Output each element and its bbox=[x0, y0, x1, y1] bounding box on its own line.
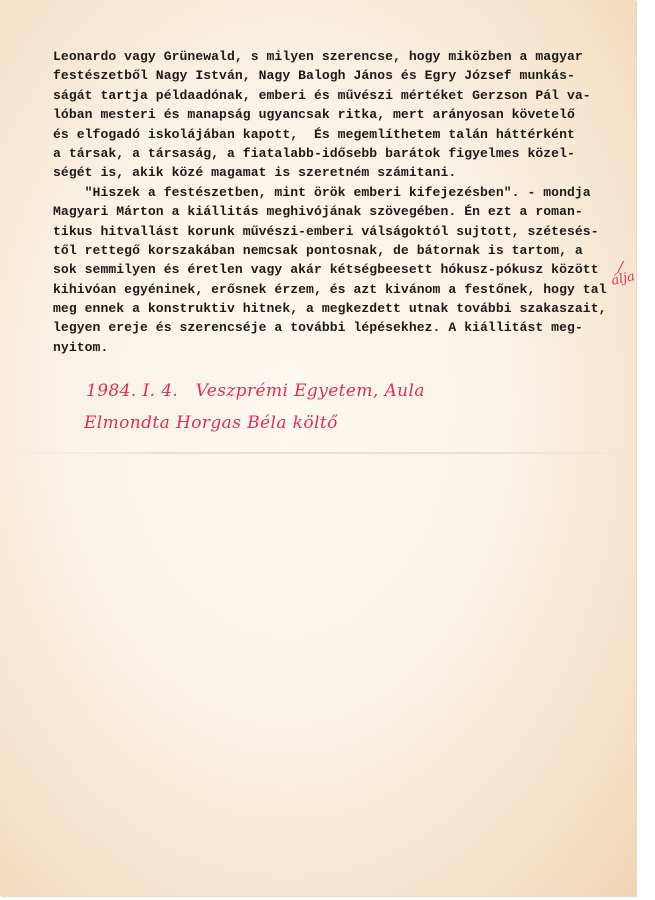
typed-line: legyen ereje és szerencséje a további lé… bbox=[53, 318, 613, 337]
typewritten-text-block: Leonardo vagy Grünewald, s milyen szeren… bbox=[53, 47, 613, 357]
margin-correction-note: / álja bbox=[612, 258, 636, 304]
typed-line: sok semmilyen és éretlen vagy akár kétsé… bbox=[53, 260, 613, 279]
typed-line: től rettegő korszakában nemcsak pontosna… bbox=[53, 241, 613, 260]
typed-line: "Hiszek a festészetben, mint örök emberi… bbox=[53, 183, 613, 202]
typed-line: és elfogadó iskolájában kapott, És megem… bbox=[53, 125, 613, 144]
typed-line: kihivóan egyéninek, erősnek érzem, és az… bbox=[53, 280, 613, 299]
typed-line: festészetből Nagy István, Nagy Balogh Já… bbox=[53, 66, 613, 85]
correction-text: álja bbox=[610, 269, 636, 289]
typed-line: meg ennek a konstruktiv hitnek, a megkez… bbox=[53, 299, 613, 318]
paper-fold-line bbox=[0, 452, 636, 454]
paper-sheet: Leonardo vagy Grünewald, s milyen szeren… bbox=[0, 0, 636, 896]
typed-line: Leonardo vagy Grünewald, s milyen szeren… bbox=[53, 47, 613, 66]
typed-line: lóban mesteri és manapság ugyancsak ritk… bbox=[53, 105, 613, 124]
typed-line: ségét is, akik közé magamat is szeretném… bbox=[53, 163, 613, 182]
typed-line: a társak, a társaság, a fiatalabb-időseb… bbox=[53, 144, 613, 163]
typed-line: ságát tartja példaadónak, emberi és művé… bbox=[53, 86, 613, 105]
handwritten-speaker-note: Elmondta Horgas Béla költő bbox=[84, 413, 338, 433]
typed-line: Magyari Márton a kiállitás meghivójának … bbox=[53, 202, 613, 221]
typed-line: nyitom. bbox=[53, 338, 613, 357]
handwritten-date-location: 1984. I. 4. Veszprémi Egyetem, Aula bbox=[86, 381, 425, 401]
typed-line: tikus hitvallást korunk művészi-emberi v… bbox=[53, 222, 613, 241]
